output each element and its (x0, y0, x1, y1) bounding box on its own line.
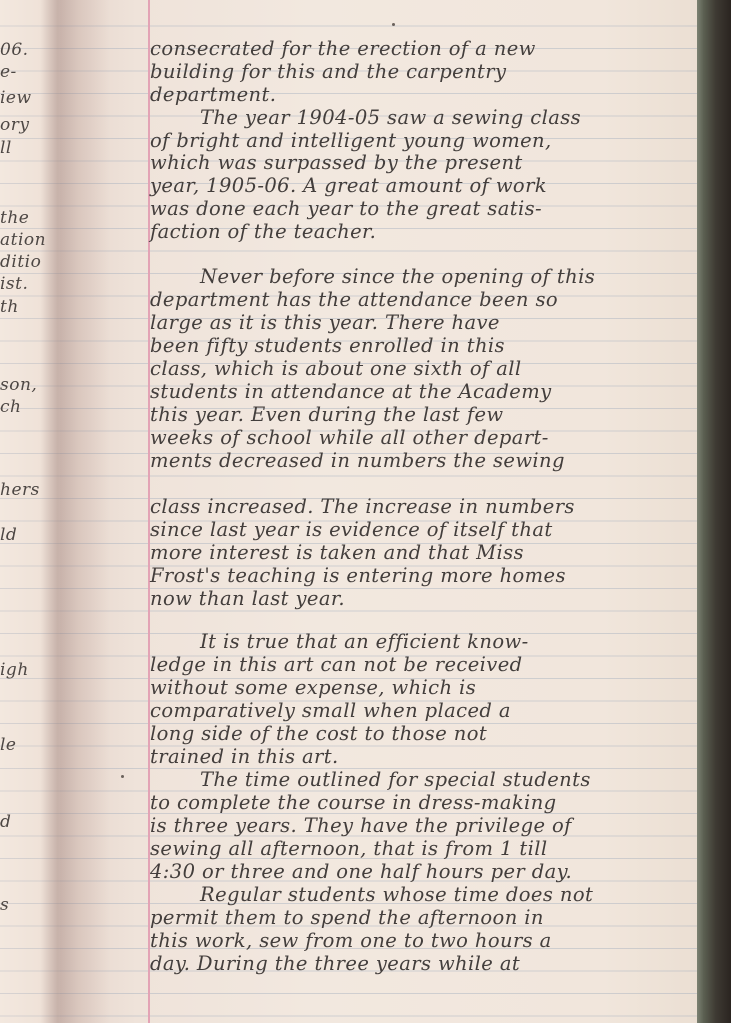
handwritten-line: is three years. They have the privilege … (150, 815, 697, 837)
handwritten-line: ledge in this art can not be received (150, 654, 697, 676)
handwritten-line: consecrated for the erection of a new (150, 38, 697, 60)
left-page-fragment: iew (0, 88, 32, 108)
left-page-fragment: le (0, 735, 17, 755)
handwritten-line: which was surpassed by the present (150, 152, 697, 174)
handwritten-line: comparatively small when placed a (150, 700, 697, 722)
handwritten-line: been fifty students enrolled in this (150, 335, 697, 357)
handwritten-line: large as it is this year. There have (150, 312, 697, 334)
handwritten-line: It is true that an efficient know- (150, 631, 697, 653)
left-page-fragment: 06. (0, 40, 29, 60)
handwritten-line: Frost's teaching is entering more homes (150, 565, 697, 587)
handwritten-line: long side of the cost to those not (150, 723, 697, 745)
handwritten-line: now than last year. (150, 588, 697, 610)
handwritten-line: to complete the course in dress-making (150, 792, 697, 814)
handwritten-line: permit them to spend the afternoon in (150, 907, 697, 929)
handwritten-line: was done each year to the great satis- (150, 198, 697, 220)
handwritten-line: class increased. The increase in numbers (150, 496, 697, 518)
handwritten-line: since last year is evidence of itself th… (150, 519, 697, 541)
handwritten-line: weeks of school while all other depart- (150, 427, 697, 449)
handwritten-line: sewing all afternoon, that is from 1 til… (150, 838, 697, 860)
handwritten-line: more interest is taken and that Miss (150, 542, 697, 564)
handwritten-line: building for this and the carpentry (150, 61, 697, 83)
left-page-fragment: ll (0, 138, 12, 158)
left-page-fragment: e- (0, 62, 17, 82)
handwritten-line: Regular students whose time does not (150, 884, 697, 906)
left-page-fragment: hers (0, 480, 40, 500)
handwritten-line: trained in this art. (150, 746, 697, 768)
left-page-fragment: ch (0, 397, 21, 417)
left-page-fragment: ation (0, 230, 46, 250)
left-page-fragment: igh (0, 660, 29, 680)
book-cover-edge (697, 0, 731, 1023)
handwritten-line: 4:30 or three and one half hours per day… (150, 861, 697, 883)
handwritten-line: this work, sew from one to two hours a (150, 930, 697, 952)
left-page-fragment: s (0, 895, 9, 915)
handwritten-line: ments decreased in numbers the sewing (150, 450, 697, 472)
left-page-fragment: the (0, 208, 29, 228)
left-page-fragment: ditio (0, 252, 41, 272)
ink-dot (121, 775, 124, 778)
handwritten-line: The time outlined for special students (150, 769, 697, 791)
left-page-fragment: ld (0, 525, 17, 545)
handwritten-line: Never before since the opening of this (150, 266, 697, 288)
handwritten-line: class, which is about one sixth of all (150, 358, 697, 380)
left-page-fragment: son, (0, 375, 37, 395)
left-page-fragment: ist. (0, 274, 28, 294)
notebook-spread: 06.e-ieworylltheationditioist.thson,chhe… (0, 0, 731, 1023)
handwritten-line: faction of the teacher. (150, 221, 697, 243)
handwritten-line: day. During the three years while at (150, 953, 697, 975)
left-page: 06.e-ieworylltheationditioist.thson,chhe… (0, 0, 60, 1023)
left-page-fragment: ory (0, 115, 29, 135)
handwritten-line: The year 1904-05 saw a sewing class (150, 107, 697, 129)
ink-dot (392, 23, 395, 26)
left-page-fragment: d (0, 812, 11, 832)
handwritten-line: this year. Even during the last few (150, 404, 697, 426)
handwritten-line: department has the attendance been so (150, 289, 697, 311)
handwritten-line: year, 1905-06. A great amount of work (150, 175, 697, 197)
handwritten-line: of bright and intelligent young women, (150, 130, 697, 152)
left-page-fragment: th (0, 297, 19, 317)
handwritten-line: without some expense, which is (150, 677, 697, 699)
handwritten-line: department. (150, 84, 697, 106)
handwritten-line: students in attendance at the Academy (150, 381, 697, 403)
